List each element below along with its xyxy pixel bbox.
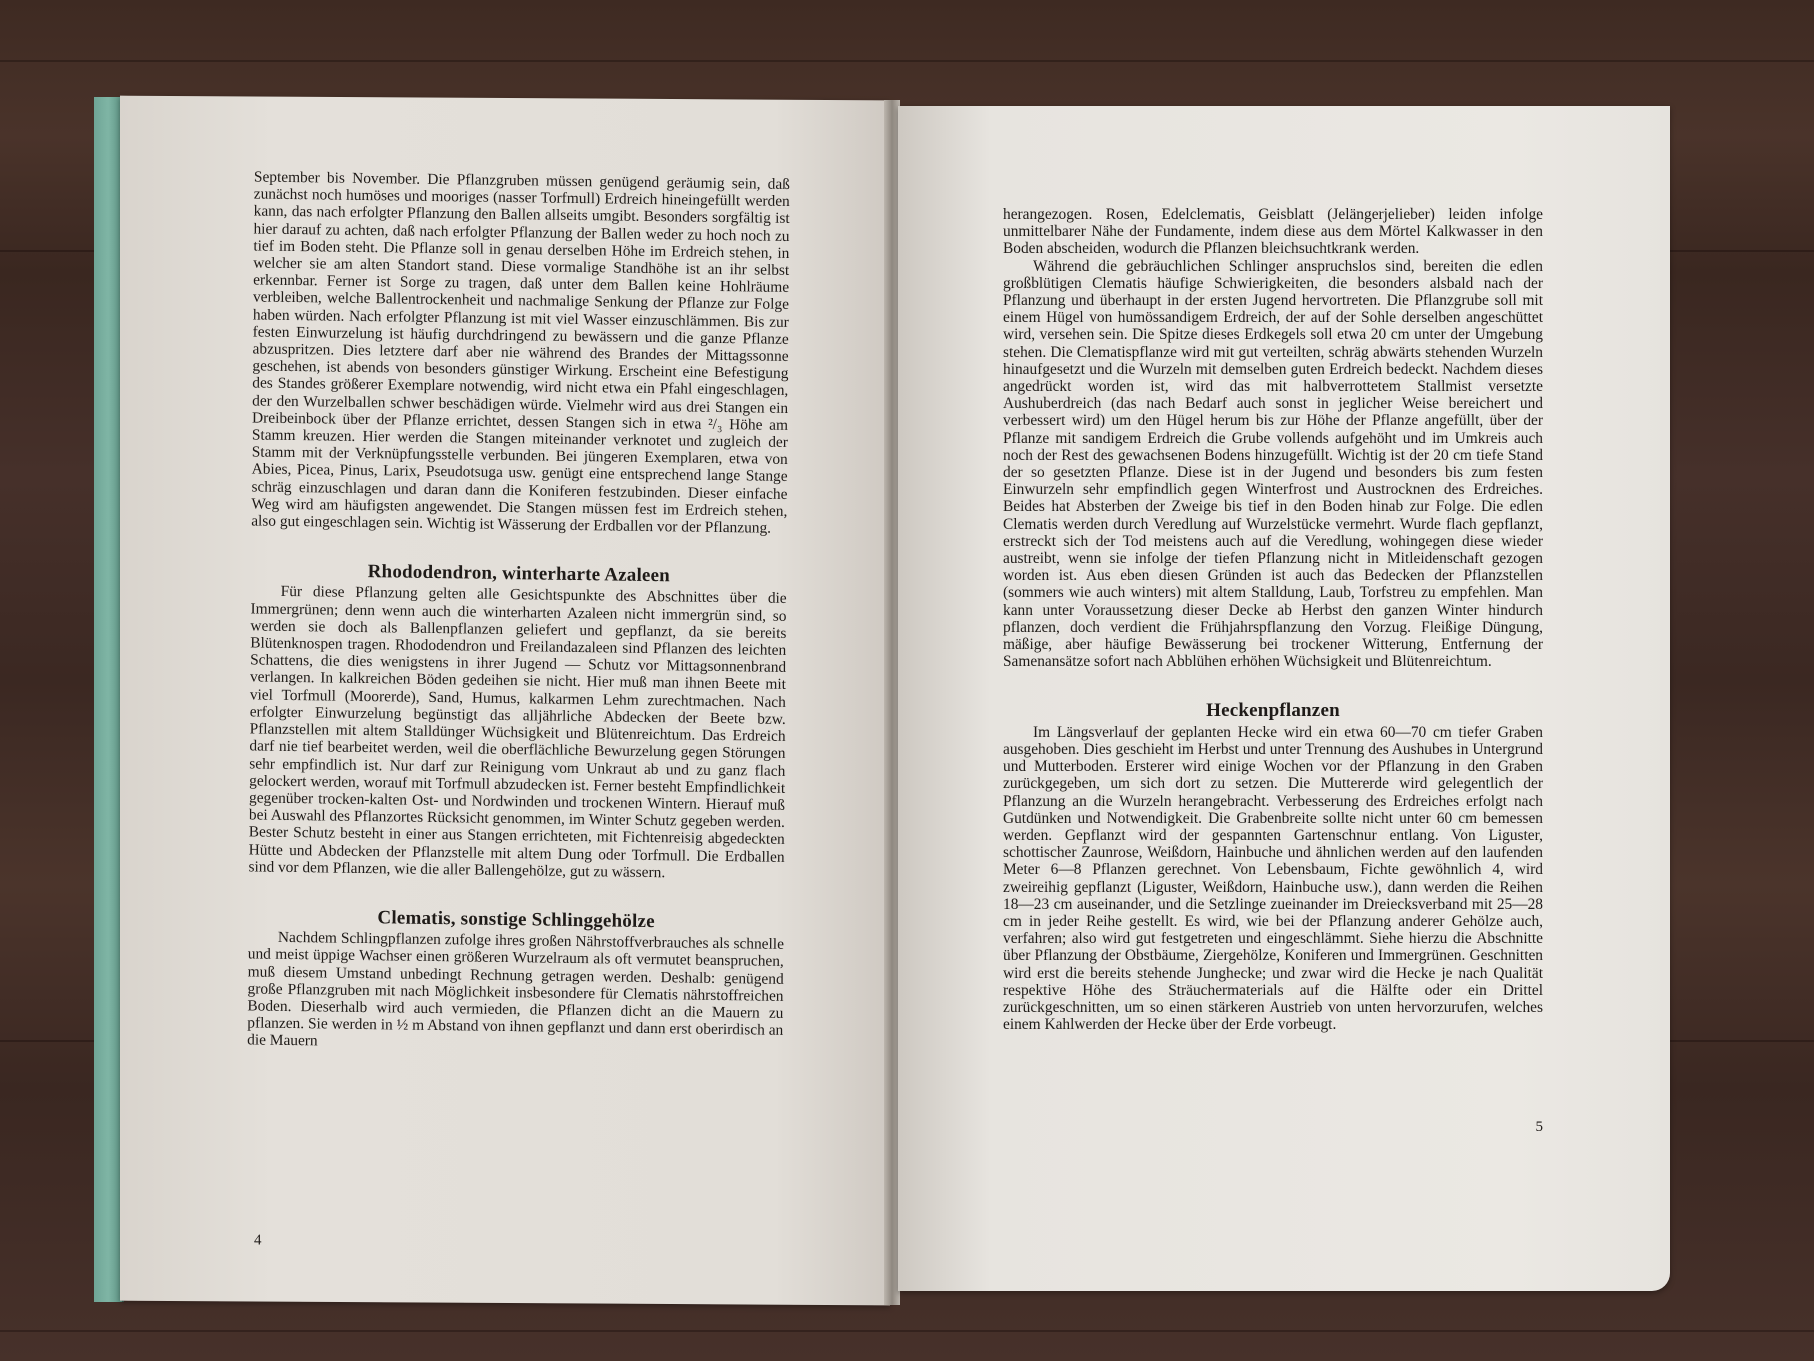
heading-heckenpflanzen: Heckenpflanzen: [1003, 702, 1543, 719]
paragraph-clematis: Nachdem Schlingpflanzen zufolge ihres gr…: [247, 929, 784, 1057]
paragraph-clematis-care: Während die gebräuchlichen Schlinger ans…: [1003, 258, 1543, 671]
left-page-text-column: September bis November. Die Pflanzgruben…: [247, 168, 790, 1056]
right-page: herangezogen. Rosen, Edelclematis, Geisb…: [898, 106, 1670, 1291]
paragraph-rhododendron: Für diese Pflanzung gelten alle Gesichts…: [248, 583, 786, 883]
heading-rhododendron: Rhododendron, winterharte Azaleen: [251, 562, 787, 587]
page-number-right: 5: [1536, 1119, 1544, 1136]
left-page: September bis November. Die Pflanzgruben…: [120, 96, 890, 1306]
right-page-text-column: herangezogen. Rosen, Edelclematis, Geisb…: [1003, 206, 1543, 1033]
page-number-left: 4: [254, 1232, 262, 1249]
paragraph-planting-intro: September bis November. Die Pflanzgruben…: [251, 168, 790, 537]
paragraph-clematis-continued: herangezogen. Rosen, Edelclematis, Geisb…: [1003, 206, 1543, 258]
heading-clematis: Clematis, sonstige Schlinggehölze: [248, 907, 784, 932]
paragraph-heckenpflanzen: Im Längsverlauf der geplanten Hecke wird…: [1003, 724, 1543, 1034]
